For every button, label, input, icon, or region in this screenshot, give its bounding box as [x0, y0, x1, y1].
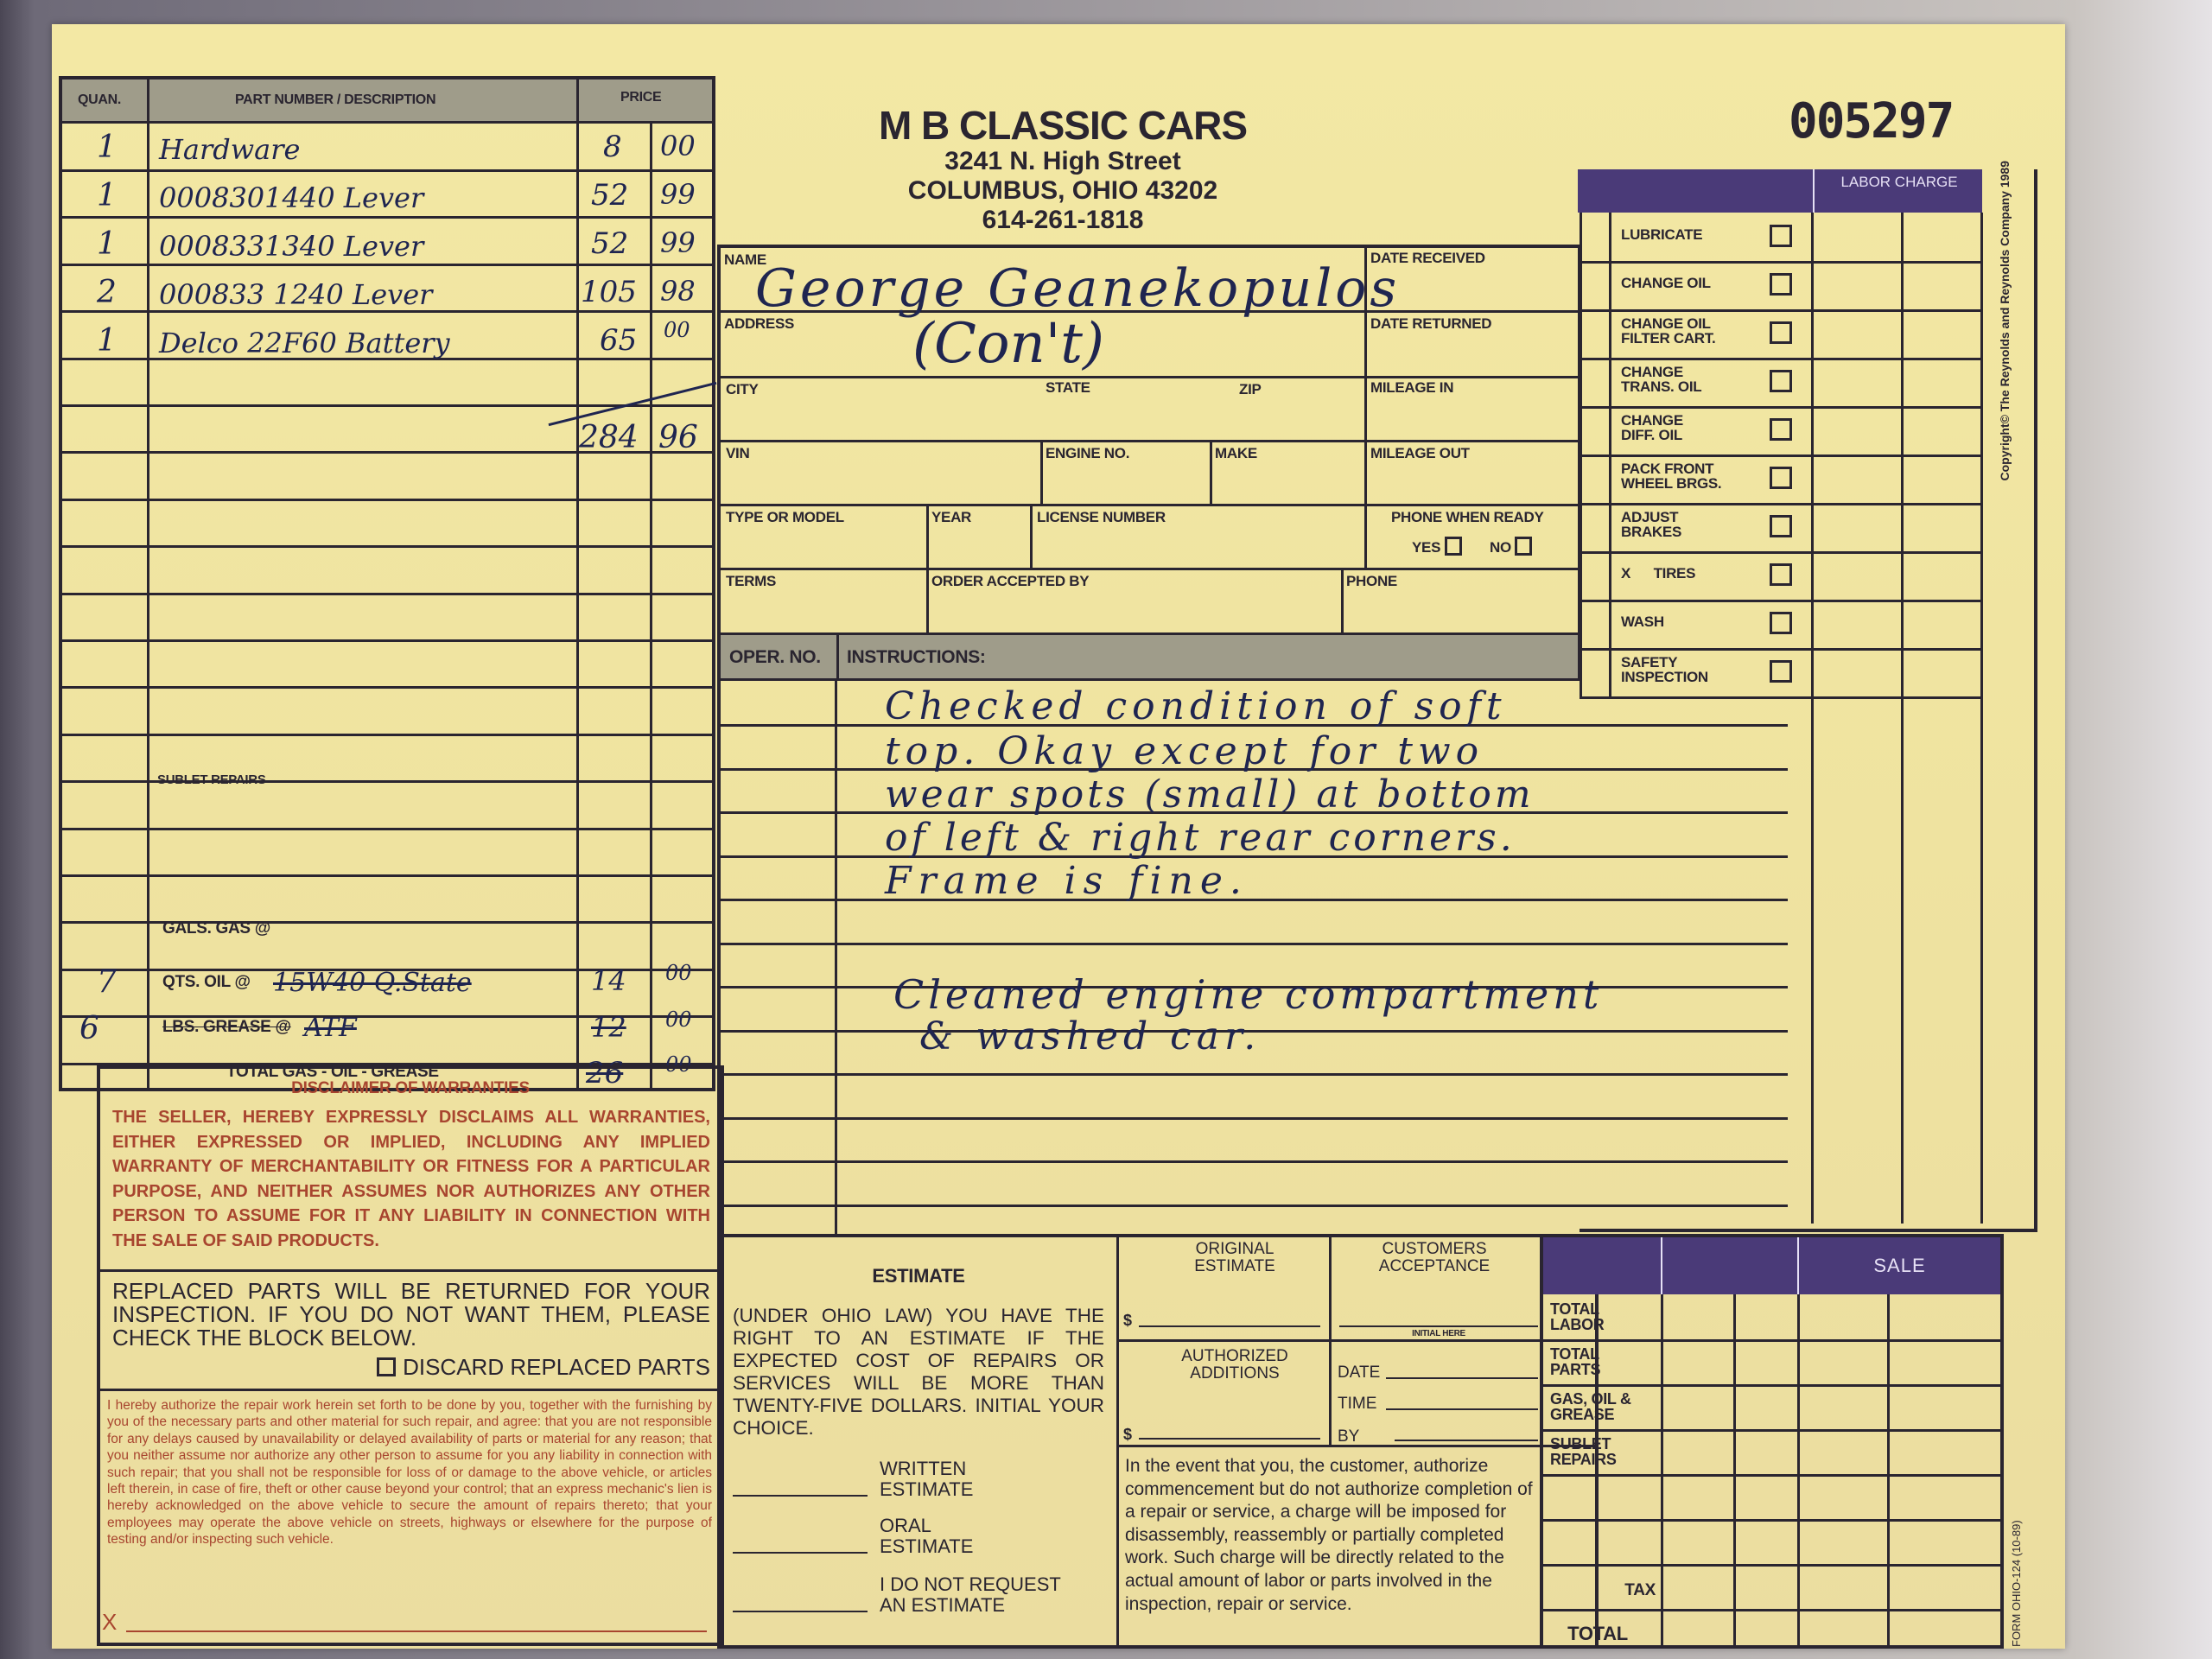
row-line [1543, 1474, 2000, 1477]
initial-line[interactable] [733, 1495, 868, 1497]
divider [1030, 504, 1033, 569]
sale-label: SALE [1799, 1255, 2000, 1277]
row-line [721, 1205, 1788, 1207]
qts-oil-note: 15W40 Q.State [273, 968, 472, 998]
totals-panel: SALE TOTAL LABOR TOTAL PARTS GAS, OIL & … [1540, 1234, 2004, 1649]
authorized-additions-label: AUTHORIZED ADDITIONS [1170, 1348, 1300, 1382]
sublet-repairs-total-label: SUBLET REPAIRS [1550, 1436, 1637, 1467]
row-line [721, 1117, 1788, 1120]
time-field[interactable] [1386, 1408, 1538, 1410]
row-line [62, 593, 712, 595]
original-estimate-dollar: $ [1123, 1312, 1132, 1330]
row-line [62, 499, 712, 501]
instruction-line: of left & right rear corners. [885, 816, 1516, 860]
divider [100, 1389, 721, 1391]
row-cents: 98 [660, 275, 696, 308]
lbs-grease-quan: 6 [79, 1011, 99, 1046]
no-checkbox[interactable] [1515, 537, 1532, 556]
estimate-title: ESTIMATE [721, 1265, 1116, 1287]
disclaimer-title: DISCLAIMER OF WARRANTIES [100, 1079, 721, 1098]
option-label: ORAL ESTIMATE [880, 1516, 983, 1557]
row-dollars: 8 [603, 130, 622, 164]
service-checkbox[interactable] [1770, 467, 1792, 489]
gas-oil-grease-label: GAS, OIL & GREASE [1550, 1391, 1654, 1422]
customers-acceptance-label: CUSTOMERS ACCEPTANCE [1365, 1241, 1503, 1275]
form-code: FORM OHIO-124 (10-89) [2010, 1520, 2023, 1647]
lbs-grease-cents: 00 [665, 1007, 692, 1032]
service-label: CHANGE OIL [1621, 275, 1751, 292]
instruction-line: wear spots (small) at bottom [885, 772, 1535, 817]
row-cents: 00 [664, 318, 690, 342]
divider [1341, 568, 1344, 632]
total-parts-label: TOTAL PARTS [1550, 1346, 1637, 1377]
vin-label: VIN [726, 445, 749, 462]
service-item[interactable]: LUBRICATE [1621, 213, 1802, 261]
service-item[interactable]: WASH [1621, 600, 1802, 648]
service-label: CHANGE TRANS. OIL [1621, 365, 1716, 394]
date-label: DATE [1338, 1363, 1380, 1382]
divider [1797, 1294, 1800, 1645]
table-row: 1 0008331340 Lever 52 99 [62, 221, 712, 266]
subtotal-cents: 96 [658, 420, 698, 455]
time-label: TIME [1338, 1395, 1376, 1414]
phone-when-ready-no[interactable]: NO [1490, 537, 1532, 556]
service-checkbox[interactable] [1770, 515, 1792, 537]
service-label: PACK FRONT WHEEL BRGS. [1621, 461, 1742, 491]
total-label: TOTAL [1550, 1623, 1645, 1645]
row-line [1543, 1384, 2000, 1387]
service-item[interactable]: PACK FRONT WHEEL BRGS. [1621, 454, 1802, 503]
date-field[interactable] [1386, 1377, 1538, 1379]
replaced-parts-text: REPLACED PARTS WILL BE RETURNED FOR YOUR… [112, 1280, 710, 1350]
row-line [721, 899, 1788, 901]
service-checkbox[interactable] [1770, 370, 1792, 392]
divider [1040, 440, 1043, 505]
row-description: Delco 22F60 Battery [159, 327, 450, 359]
terms-label: TERMS [726, 573, 776, 590]
phone-label: PHONE [1346, 573, 1397, 590]
instruction-line: Frame is fine. [885, 859, 1249, 903]
table-row: 1 Delco 22F60 Battery 65 00 [62, 318, 712, 363]
yes-label: YES [1412, 539, 1440, 556]
disclaimer-body: THE SELLER, HEREBY EXPRESSLY DISCLAIMS A… [112, 1105, 710, 1254]
subtotal-row: 284 96 [62, 415, 712, 460]
qts-oil-row: 7 QTS. OIL @ 15W40 Q.State 14 00 [62, 961, 712, 1006]
initial-here-field[interactable] [1339, 1325, 1538, 1327]
row-line [62, 734, 712, 736]
year-label: YEAR [931, 509, 971, 526]
divider [1661, 1294, 1663, 1645]
service-label: SAFETY INSPECTION [1621, 655, 1716, 684]
original-estimate-label: ORIGINAL ESTIMATE [1187, 1241, 1282, 1275]
instructions-area: Checked condition of soft top. Okay exce… [717, 681, 1788, 1234]
estimate-notice: In the event that you, the customer, aut… [1125, 1455, 1545, 1616]
divider [835, 681, 837, 1234]
authorization-text: I hereby authorize the repair work herei… [107, 1397, 712, 1548]
customer-info-block: NAME George Geanekopulos DATE RECEIVED A… [717, 245, 1581, 681]
divider [721, 440, 1578, 442]
address-label: ADDRESS [724, 315, 794, 333]
divider [1116, 1339, 1595, 1342]
make-label: MAKE [1215, 445, 1257, 462]
row-line [62, 828, 712, 830]
name-field[interactable]: George Geanekopulos [755, 258, 1400, 319]
service-item[interactable]: CHANGE TRANS. OIL [1621, 358, 1802, 406]
phone-when-ready-yes[interactable]: YES [1412, 537, 1462, 556]
qts-oil-quan: 7 [97, 964, 117, 1000]
lbs-grease-row: 6 LBS. GREASE @ ATF 12 00 [62, 1007, 712, 1052]
price-header: PRICE [620, 90, 661, 105]
row-description: 0008301440 Lever [159, 181, 423, 214]
row-line [62, 639, 712, 642]
qts-oil-cents: 00 [665, 961, 692, 985]
row-cents: 99 [660, 178, 696, 211]
service-checkbox[interactable] [1770, 225, 1792, 247]
gals-gas-label: GALS. GAS @ [162, 919, 270, 938]
row-description: 0008331340 Lever [159, 230, 423, 263]
copyright-text: Copyright© The Reynolds and Reynolds Com… [1998, 161, 2012, 524]
signature-line[interactable] [126, 1630, 707, 1632]
row-line [1543, 1519, 2000, 1522]
quan-header: QUAN. [78, 92, 121, 108]
service-checkbox[interactable] [1770, 660, 1792, 683]
lbs-grease-note: ATF [304, 1013, 357, 1043]
divider [1210, 440, 1212, 505]
service-checkbox[interactable] [1770, 418, 1792, 441]
address-field[interactable]: (Con't) [912, 312, 1104, 376]
instruction-line: Checked condition of soft [885, 684, 1507, 728]
original-estimate-field[interactable] [1139, 1325, 1320, 1327]
phone-when-ready-label: PHONE WHEN READY [1391, 509, 1544, 526]
row-quan: 1 [97, 178, 117, 213]
option-label: WRITTEN ESTIMATE [880, 1459, 983, 1500]
row-dollars: 52 [591, 226, 628, 261]
signature-mark: X [102, 1609, 117, 1636]
row-line [721, 1160, 1788, 1163]
service-label: LUBRICATE [1621, 226, 1751, 244]
divider [650, 121, 652, 1090]
order-accepted-label: ORDER ACCEPTED BY [931, 573, 1089, 590]
row-dollars: 65 [600, 323, 637, 358]
divider [721, 376, 1578, 378]
service-label: X TIRES [1621, 565, 1751, 582]
service-checkbox[interactable] [1770, 273, 1792, 296]
divider [1901, 213, 1904, 1224]
divider [836, 635, 839, 678]
additions-field[interactable] [1139, 1438, 1320, 1440]
row-dollars: 105 [581, 275, 637, 309]
row-description: Hardware [159, 133, 300, 166]
by-label: BY [1338, 1427, 1359, 1446]
table-row: 1 0008301440 Lever 52 99 [62, 173, 712, 218]
divider [926, 504, 929, 632]
description-header: PART NUMBER / DESCRIPTION [235, 92, 435, 108]
business-street: 3241 N. High Street [821, 147, 1305, 176]
service-checkbox[interactable] [1770, 321, 1792, 344]
divider [1733, 1294, 1736, 1645]
table-row: 2 000833 1240 Lever 105 98 [62, 270, 712, 315]
instruction-line: top. Okay except for two [885, 729, 1484, 773]
service-checkbox[interactable] [1770, 563, 1792, 586]
divider [721, 504, 1578, 506]
divider [1116, 1237, 1119, 1647]
service-label: CHANGE OIL FILTER CART. [1621, 316, 1751, 346]
no-label: NO [1490, 539, 1511, 556]
yes-checkbox[interactable] [1445, 537, 1462, 556]
row-line [62, 686, 712, 689]
row-quan: 1 [97, 130, 117, 165]
tax-label: TAX [1550, 1581, 1656, 1600]
discard-parts-label: DISCARD REPLACED PARTS [403, 1354, 710, 1380]
by-field[interactable] [1395, 1440, 1538, 1441]
row-line [721, 1073, 1788, 1076]
additions-dollar: $ [1123, 1426, 1132, 1444]
service-label: WASH [1621, 613, 1751, 631]
total-labor-label: TOTAL LABOR [1550, 1301, 1637, 1332]
business-name: M B CLASSIC CARS [821, 104, 1305, 147]
row-line [721, 943, 1788, 945]
header-divider [1661, 1237, 1662, 1294]
subtotal-dollars: 284 [579, 420, 639, 455]
business-city: COLUMBUS, OHIO 43202 [821, 176, 1305, 206]
form-number: 005297 [1789, 93, 1953, 149]
header-divider [1813, 169, 1815, 213]
lbs-grease-dollars: 12 [591, 1011, 626, 1044]
zip-label: ZIP [1239, 381, 1262, 398]
business-header: M B CLASSIC CARS 3241 N. High Street COL… [821, 104, 1305, 235]
parts-table: QUAN. PART NUMBER / DESCRIPTION PRICE 1 … [59, 76, 715, 1091]
engine-no-label: ENGINE NO. [1046, 445, 1129, 462]
qts-oil-dollars: 14 [591, 964, 626, 997]
lbs-grease-label: LBS. GREASE @ [162, 1018, 291, 1037]
date-returned-label: DATE RETURNED [1370, 315, 1491, 333]
service-label: ADJUST BRAKES [1621, 510, 1699, 539]
instruction-line: & washed car. [919, 1014, 1261, 1058]
divider [1811, 213, 1814, 1224]
row-quan: 1 [97, 226, 117, 262]
estimate-block: ESTIMATE (UNDER OHIO LAW) YOU HAVE THE R… [717, 1234, 1599, 1649]
row-description: 000833 1240 Lever [159, 278, 432, 311]
license-label: LICENSE NUMBER [1037, 509, 1166, 526]
qts-oil-label: QTS. OIL @ [162, 973, 251, 992]
row-line [1543, 1339, 2000, 1342]
row-line [62, 545, 712, 548]
type-model-label: TYPE OR MODEL [726, 509, 844, 526]
mileage-in-label: MILEAGE IN [1370, 379, 1453, 397]
date-received-label: DATE RECEIVED [1370, 250, 1485, 267]
initial-here-label: INITIAL HERE [1339, 1329, 1538, 1338]
row-line [62, 169, 712, 172]
oper-no-label: OPER. NO. [729, 647, 821, 668]
row-line [1543, 1429, 2000, 1432]
initial-line[interactable] [733, 1552, 868, 1554]
divider [721, 568, 1578, 570]
service-item[interactable]: CHANGE OIL FILTER CART. [1621, 309, 1802, 358]
row-cents: 99 [660, 226, 696, 259]
disclaimer-box: DISCLAIMER OF WARRANTIES THE SELLER, HER… [97, 1065, 724, 1646]
row-line [1543, 1609, 2000, 1611]
discard-parts-checkbox[interactable] [377, 1357, 396, 1376]
state-label: STATE [1046, 379, 1090, 397]
repair-order-form: QUAN. PART NUMBER / DESCRIPTION PRICE 1 … [52, 24, 2065, 1649]
mileage-out-label: MILEAGE OUT [1370, 445, 1470, 462]
row-line [1543, 1564, 2000, 1567]
service-item[interactable]: ADJUST BRAKES [1621, 503, 1802, 551]
row-quan: 2 [97, 275, 117, 310]
option-label: I DO NOT REQUEST AN ESTIMATE [880, 1574, 1078, 1616]
initial-line[interactable] [733, 1611, 868, 1612]
instruction-line: Cleaned engine compartment [893, 971, 1603, 1018]
row-cents: 00 [660, 130, 696, 162]
labor-charge-label: LABOR CHARGE [1830, 175, 1968, 190]
business-phone: 614-261-1818 [821, 206, 1305, 235]
service-item[interactable]: X TIRES [1621, 551, 1802, 600]
row-dollars: 52 [591, 178, 628, 213]
row-line [62, 921, 712, 924]
instructions-label: INSTRUCTIONS: [847, 647, 986, 668]
divider [1980, 213, 1983, 1224]
city-label: CITY [726, 381, 759, 398]
row-quan: 1 [97, 323, 117, 359]
discard-parts-option[interactable]: DISCARD REPLACED PARTS [377, 1354, 710, 1381]
estimate-body: (UNDER OHIO LAW) YOU HAVE THE RIGHT TO A… [733, 1305, 1104, 1440]
service-label: CHANGE DIFF. OIL [1621, 413, 1707, 442]
table-row: 1 Hardware 8 00 [62, 124, 712, 169]
service-item[interactable]: CHANGE DIFF. OIL [1621, 406, 1802, 454]
row-line [62, 874, 712, 877]
divider [1887, 1294, 1890, 1645]
divider [100, 1269, 721, 1272]
service-checkbox[interactable] [1770, 612, 1792, 634]
service-item[interactable]: CHANGE OIL [1621, 261, 1802, 309]
sublet-repairs-label: SUBLET REPAIRS [157, 772, 266, 787]
